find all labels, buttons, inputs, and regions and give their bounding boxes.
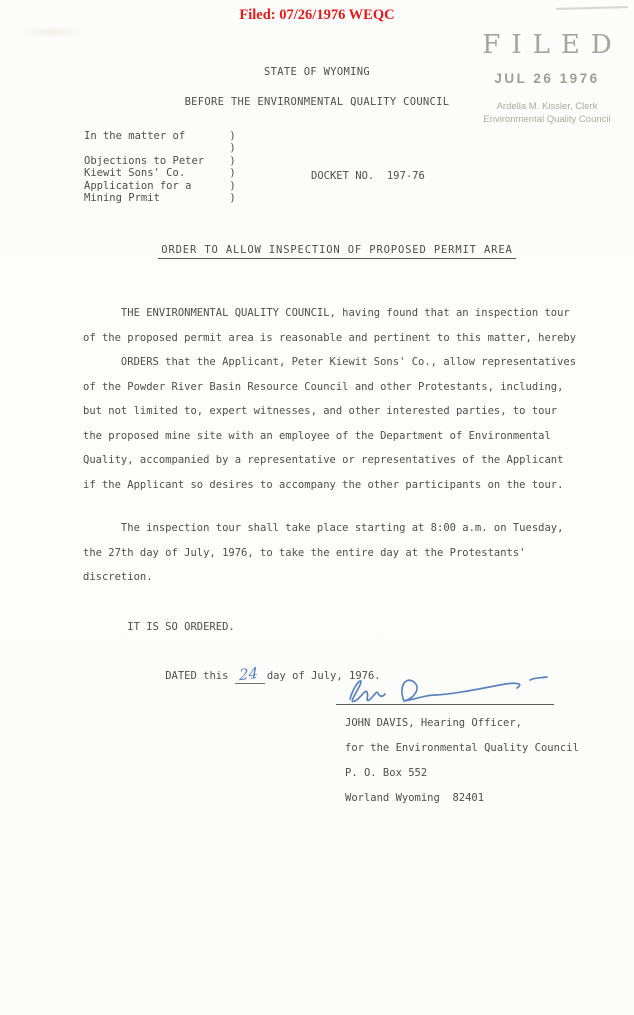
order-paragraph-2: The inspection tour shall take place sta… bbox=[83, 516, 563, 590]
signer-address-po-box: P. O. Box 552 bbox=[345, 761, 579, 786]
header-council: BEFORE THE ENVIRONMENTAL QUALITY COUNCIL bbox=[0, 96, 634, 108]
paper-smudge bbox=[18, 26, 88, 38]
signature-block: JOHN DAVIS, Hearing Officer, for the Env… bbox=[345, 711, 579, 811]
body-line: THE ENVIRONMENTAL QUALITY COUNCIL, havin… bbox=[83, 301, 576, 326]
closing-block: IT IS SO ORDERED. DATED this 24day of Ju… bbox=[83, 615, 381, 713]
caption-line: Kiewit Sons' Co. ) bbox=[84, 167, 236, 179]
signer-address-city: Worland Wyoming 82401 bbox=[345, 786, 579, 811]
body-line: of the Powder River Basin Resource Counc… bbox=[83, 375, 576, 400]
body-line: if the Applicant so desires to accompany… bbox=[83, 473, 576, 498]
handwritten-day: 24 bbox=[239, 666, 258, 682]
body-line: but not limited to, expert witnesses, an… bbox=[83, 399, 576, 424]
signer-name-line: JOHN DAVIS, Hearing Officer, bbox=[345, 711, 579, 736]
caption-line: ) bbox=[84, 142, 236, 154]
signature-line bbox=[336, 704, 554, 705]
dated-prefix: DATED this bbox=[121, 670, 235, 682]
header-state: STATE OF WYOMING bbox=[0, 66, 634, 78]
caption-line: Application for a ) bbox=[84, 180, 236, 192]
body-line: discretion. bbox=[83, 565, 563, 590]
order-paragraph-1: THE ENVIRONMENTAL QUALITY COUNCIL, havin… bbox=[83, 301, 576, 497]
handwritten-day-underline: 24 bbox=[235, 667, 265, 684]
body-line: of the proposed permit area is reasonabl… bbox=[83, 326, 576, 351]
body-line: the proposed mine site with an employee … bbox=[83, 424, 576, 449]
so-ordered-line: IT IS SO ORDERED. bbox=[83, 615, 381, 640]
body-line: Quality, accompanied by a representative… bbox=[83, 448, 576, 473]
order-title: ORDER TO ALLOW INSPECTION OF PROPOSED PE… bbox=[158, 244, 515, 259]
stamp-filed-text: FILED bbox=[458, 30, 634, 60]
signature-ink bbox=[340, 672, 562, 708]
docket-number: DOCKET NO. 197-76 bbox=[311, 170, 425, 182]
scanned-document-page: Filed: 07/26/1976 WEQC FILED JUL 26 1976… bbox=[0, 0, 634, 1015]
caption-line: Mining Prmit ) bbox=[84, 192, 236, 204]
stamp-clerk-org: Environmental Quality Council bbox=[458, 113, 634, 126]
case-caption-block: In the matter of ) ) Objections to Peter… bbox=[84, 130, 236, 205]
body-line: The inspection tour shall take place sta… bbox=[83, 516, 563, 541]
filed-stamp: FILED JUL 26 1976 Ardella M. Kissler, Cl… bbox=[458, 30, 634, 126]
body-line: ORDERS that the Applicant, Peter Kiewit … bbox=[83, 350, 576, 375]
efiling-annotation: Filed: 07/26/1976 WEQC bbox=[0, 7, 634, 24]
caption-line: Objections to Peter ) bbox=[84, 155, 236, 167]
caption-line: In the matter of ) bbox=[84, 130, 236, 142]
dated-line: DATED this 24day of July, 1976. bbox=[83, 640, 381, 714]
body-line: the 27th day of July, 1976, to take the … bbox=[83, 541, 563, 566]
signer-for-line: for the Environmental Quality Council bbox=[345, 736, 579, 761]
